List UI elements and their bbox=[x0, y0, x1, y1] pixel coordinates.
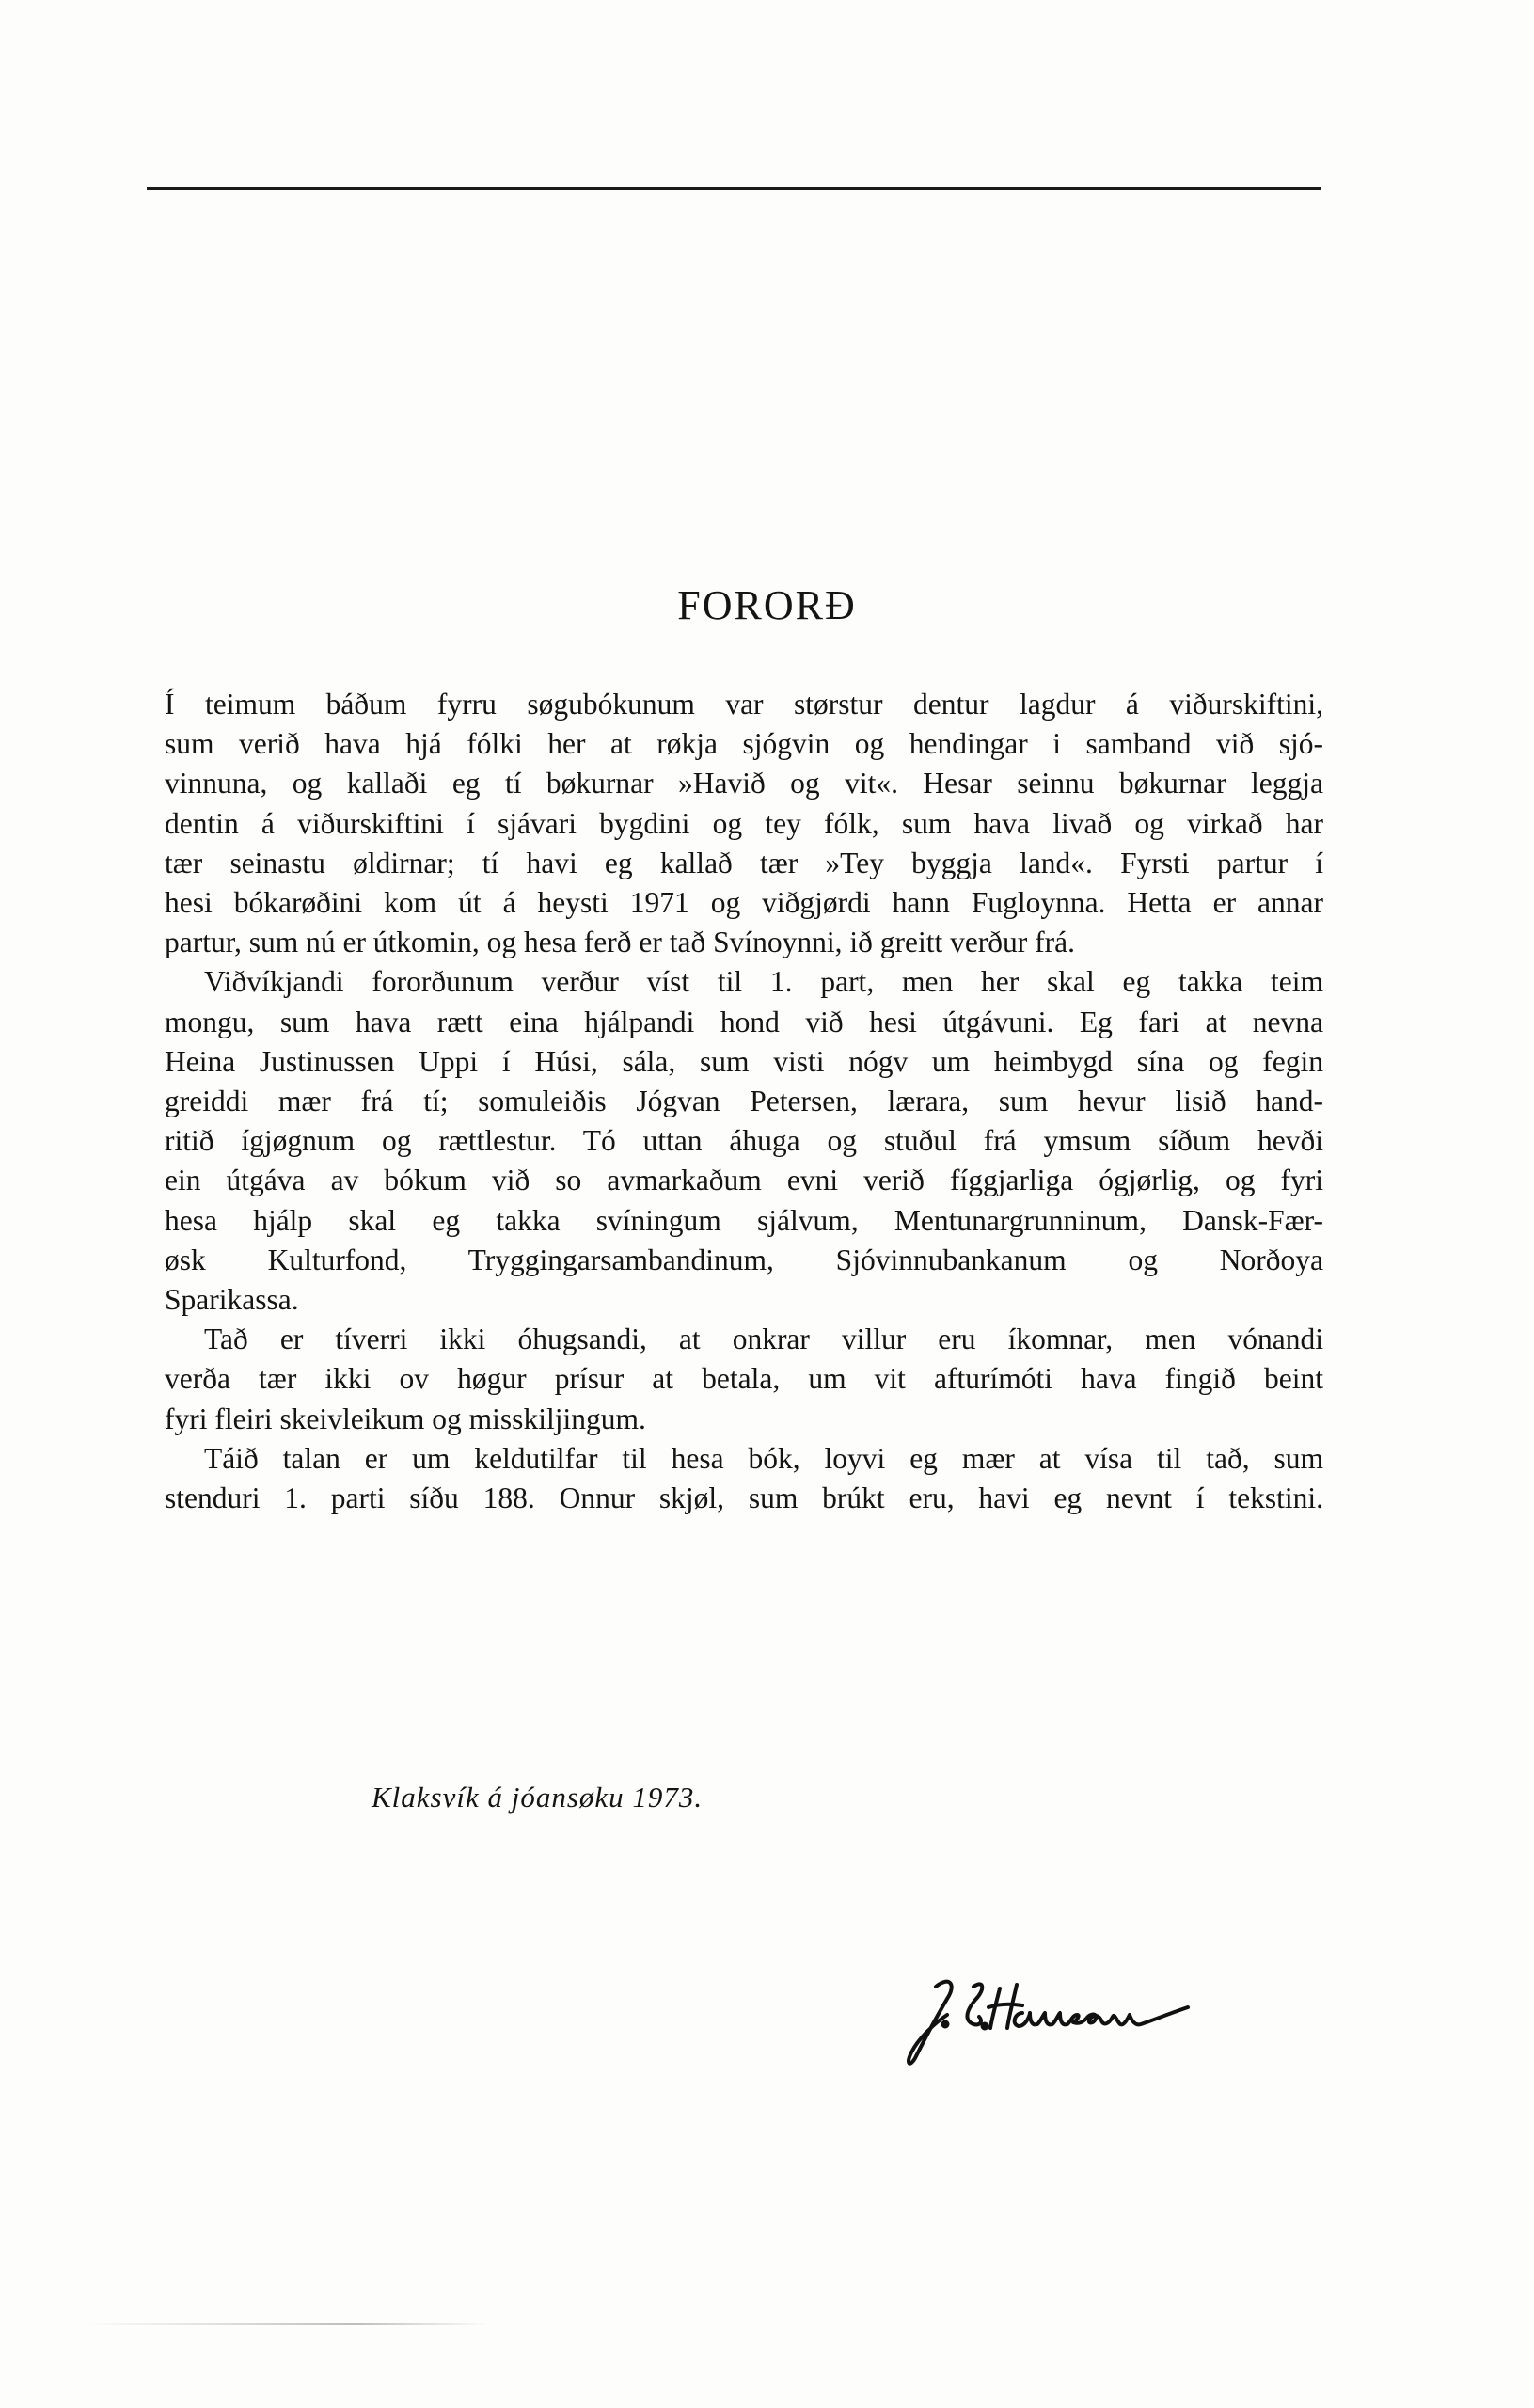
text-line: dentin á viðurskiftini í sjávari bygdini… bbox=[165, 804, 1323, 844]
text-line: ritið ígjøgnum og rættlestur. Tó uttan á… bbox=[165, 1121, 1323, 1161]
text-line: stenduri 1. parti síðu 188. Onnur skjøl,… bbox=[165, 1479, 1323, 1518]
paragraph-3: Tað er tíverri ikki óhugsandi, at onkrar… bbox=[165, 1320, 1323, 1439]
text-line: Viðvíkjandi fororðunum verður víst til 1… bbox=[165, 962, 1323, 1002]
top-rule bbox=[147, 187, 1321, 190]
page-title: FORORÐ bbox=[0, 581, 1534, 629]
text-line: Í teimum báðum fyrru søgubókunum var stø… bbox=[165, 685, 1323, 724]
text-line: hesi bókarøðini kom út á heysti 1971 og … bbox=[165, 883, 1323, 923]
signature-image bbox=[898, 1966, 1209, 2079]
text-line: mongu, sum hava rætt eina hjálpandi hond… bbox=[165, 1003, 1323, 1042]
text-line: Sparikassa. bbox=[165, 1280, 1323, 1320]
text-line: ein útgáva av bókum við so avmarkaðum ev… bbox=[165, 1161, 1323, 1200]
text-line: verða tær ikki ov høgur prísur at betala… bbox=[165, 1359, 1323, 1399]
text-line: fyri fleiri skeivleikum og misskiljingum… bbox=[165, 1400, 1323, 1439]
text-line: sum verið hava hjá fólki her at røkja sj… bbox=[165, 724, 1323, 764]
text-line: tær seinastu øldirnar; tí havi eg kallað… bbox=[165, 844, 1323, 883]
paragraph-1: Í teimum báðum fyrru søgubókunum var stø… bbox=[165, 685, 1323, 962]
text-line: øsk Kulturfond, Tryggingarsambandinum, S… bbox=[165, 1241, 1323, 1280]
text-line: partur, sum nú er útkomin, og hesa ferð … bbox=[165, 923, 1323, 962]
text-line: Heina Justinussen Uppi í Húsi, sála, sum… bbox=[165, 1042, 1323, 1082]
preface-body: Í teimum báðum fyrru søgubókunum var stø… bbox=[165, 685, 1323, 1518]
text-line: Táið talan er um keldutilfar til hesa bó… bbox=[165, 1439, 1323, 1479]
paragraph-2: Viðvíkjandi fororðunum verður víst til 1… bbox=[165, 962, 1323, 1320]
text-line: vinnuna, og kallaði eg tí bøkurnar »Havi… bbox=[165, 764, 1323, 803]
text-line: hesa hjálp skal eg takka svíningum sjálv… bbox=[165, 1201, 1323, 1241]
text-line: Tað er tíverri ikki óhugsandi, at onkrar… bbox=[165, 1320, 1323, 1359]
scan-artifact bbox=[85, 2323, 489, 2325]
paragraph-4: Táið talan er um keldutilfar til hesa bó… bbox=[165, 1439, 1323, 1518]
place-date-line: Klaksvík á jóansøku 1973. bbox=[372, 1781, 703, 1814]
text-line: greiddi mær frá tí; somuleiðis Jógvan Pe… bbox=[165, 1082, 1323, 1121]
